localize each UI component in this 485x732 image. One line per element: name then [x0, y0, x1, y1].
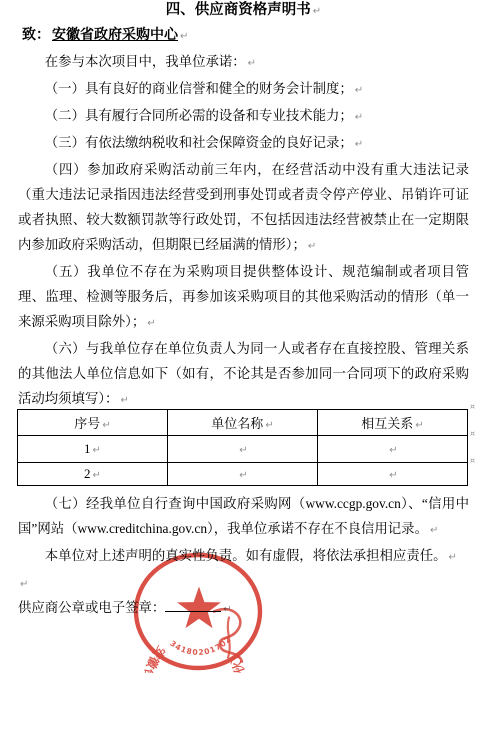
cell-mark: ↵ — [93, 445, 101, 456]
paragraph-mark: ↵ — [120, 388, 128, 413]
related-units-table: 序号↵ 单位名称↵ 相互关系↵ 1↵ ↵ ↵ 2↵ ↵ ↵ — [17, 409, 468, 486]
row2-relation-cell[interactable]: ↵ — [318, 463, 468, 486]
header-seq-text: 序号 — [74, 416, 100, 431]
cell-mark: ↵ — [239, 445, 247, 456]
header-seq: 序号↵ — [18, 410, 168, 436]
company-seal-stamp: 安徽台城方园会计师事务所（普通合伙） 3418020170220 — [130, 550, 266, 673]
row2-seq-cell: 2↵ — [18, 463, 168, 486]
clause-5-text: （五）我单位不存在为采购项目提供整体设计、规范编制或者项目管理、监理、检测等服务… — [18, 264, 469, 329]
paragraph-mark: ↵ — [180, 27, 188, 47]
paragraph-mark: ↵ — [20, 572, 28, 597]
intro-paragraph: 在参与本次项目中，我单位承诺：↵ — [18, 49, 469, 76]
cell-mark: ↵ — [93, 470, 101, 481]
header-relation: 相互关系↵ — [318, 410, 468, 436]
clause-5: （五）我单位不存在为采购项目提供整体设计、规范编制或者项目管理、监理、检测等服务… — [18, 259, 469, 336]
paragraph-mark: ↵ — [248, 51, 256, 76]
header-relation-text: 相互关系 — [361, 416, 413, 431]
row2-seq: 2 — [84, 466, 91, 481]
header-unit-name-text: 单位名称 — [211, 416, 263, 431]
row1-unit-name-cell[interactable]: ↵ — [168, 436, 318, 463]
page-title: 四、供应商资格声明书↵ — [18, 1, 469, 21]
clause-6: （六）与我单位存在单位负责人为同一人或者存在直接控股、管理关系的其他法人单位信息… — [18, 336, 469, 413]
clause-7: （七）经我单位自行查询中国政府采购网（www.ccgp.gov.cn）、“信用中… — [18, 491, 469, 543]
paragraph-mark: ↵ — [355, 132, 363, 157]
cell-mark: ↵ — [239, 470, 247, 481]
table-row-end-mark: ¤ — [470, 429, 475, 438]
header-unit-name: 单位名称↵ — [168, 410, 318, 436]
row1-seq: 1 — [84, 441, 91, 456]
clause-6-text: （六）与我单位存在单位负责人为同一人或者存在直接控股、管理关系的其他法人单位信息… — [18, 341, 469, 406]
cell-mark: ↵ — [389, 445, 397, 456]
table-row-end-mark: ¤ — [470, 456, 475, 465]
title-text: 四、供应商资格声明书 — [166, 2, 311, 18]
procurement-center-name: 安徽省政府采购中心 — [52, 28, 178, 43]
clause-4: （四）参加政府采购活动前三年内，在经营活动中没有重大违法记录（重大违法记录指因违… — [18, 157, 469, 259]
clause-7-text: （七）经我单位自行查询中国政府采购网（www.ccgp.gov.cn）、“信用中… — [18, 496, 469, 536]
seal-star-icon — [177, 587, 221, 629]
paragraph-mark: ↵ — [308, 234, 316, 259]
cell-mark: ↵ — [102, 420, 110, 431]
paragraph-mark: ↵ — [355, 105, 363, 130]
salutation-label: 致： — [22, 28, 50, 43]
table-header-row: 序号↵ 单位名称↵ 相互关系↵ — [18, 410, 468, 436]
table-row-end-mark: ¤ — [470, 402, 475, 411]
paragraph-mark: ↵ — [355, 78, 363, 103]
cell-mark: ↵ — [265, 420, 273, 431]
paragraph-mark: ↵ — [147, 311, 155, 336]
clause-2-text: （二）具有履行合同所必需的设备和专业技术能力； — [45, 108, 353, 123]
clause-2: （二）具有履行合同所必需的设备和专业技术能力；↵ — [18, 103, 469, 130]
row1-seq-cell: 1↵ — [18, 436, 168, 463]
cell-mark: ↵ — [389, 470, 397, 481]
paragraph-mark: ↵ — [449, 545, 457, 570]
document-page: 四、供应商资格声明书↵ 致：安徽省政府采购中心↵ 在参与本次项目中，我单位承诺：… — [0, 0, 485, 732]
cell-mark: ↵ — [415, 420, 423, 431]
paragraph-mark: ↵ — [313, 2, 321, 21]
intro-text: 在参与本次项目中，我单位承诺： — [45, 54, 246, 69]
row1-relation-cell[interactable]: ↵ — [318, 436, 468, 463]
clause-4-text: （四）参加政府采购活动前三年内，在经营活动中没有重大违法记录（重大违法记录指因违… — [18, 162, 469, 252]
table-row: 2↵ ↵ ↵ — [18, 463, 468, 486]
paragraph-mark: ↵ — [430, 518, 438, 543]
clause-1: （一）具有良好的商业信誉和健全的财务会计制度；↵ — [18, 76, 469, 103]
row2-unit-name-cell[interactable]: ↵ — [168, 463, 318, 486]
clause-3-text: （三）有依法缴纳税收和社会保障资金的良好记录； — [45, 135, 353, 150]
clause-3: （三）有依法缴纳税收和社会保障资金的良好记录；↵ — [18, 130, 469, 157]
salutation-line: 致：安徽省政府采购中心↵ — [18, 26, 469, 47]
table-row: 1↵ ↵ ↵ — [18, 436, 468, 463]
clause-1-text: （一）具有良好的商业信誉和健全的财务会计制度； — [45, 81, 353, 96]
